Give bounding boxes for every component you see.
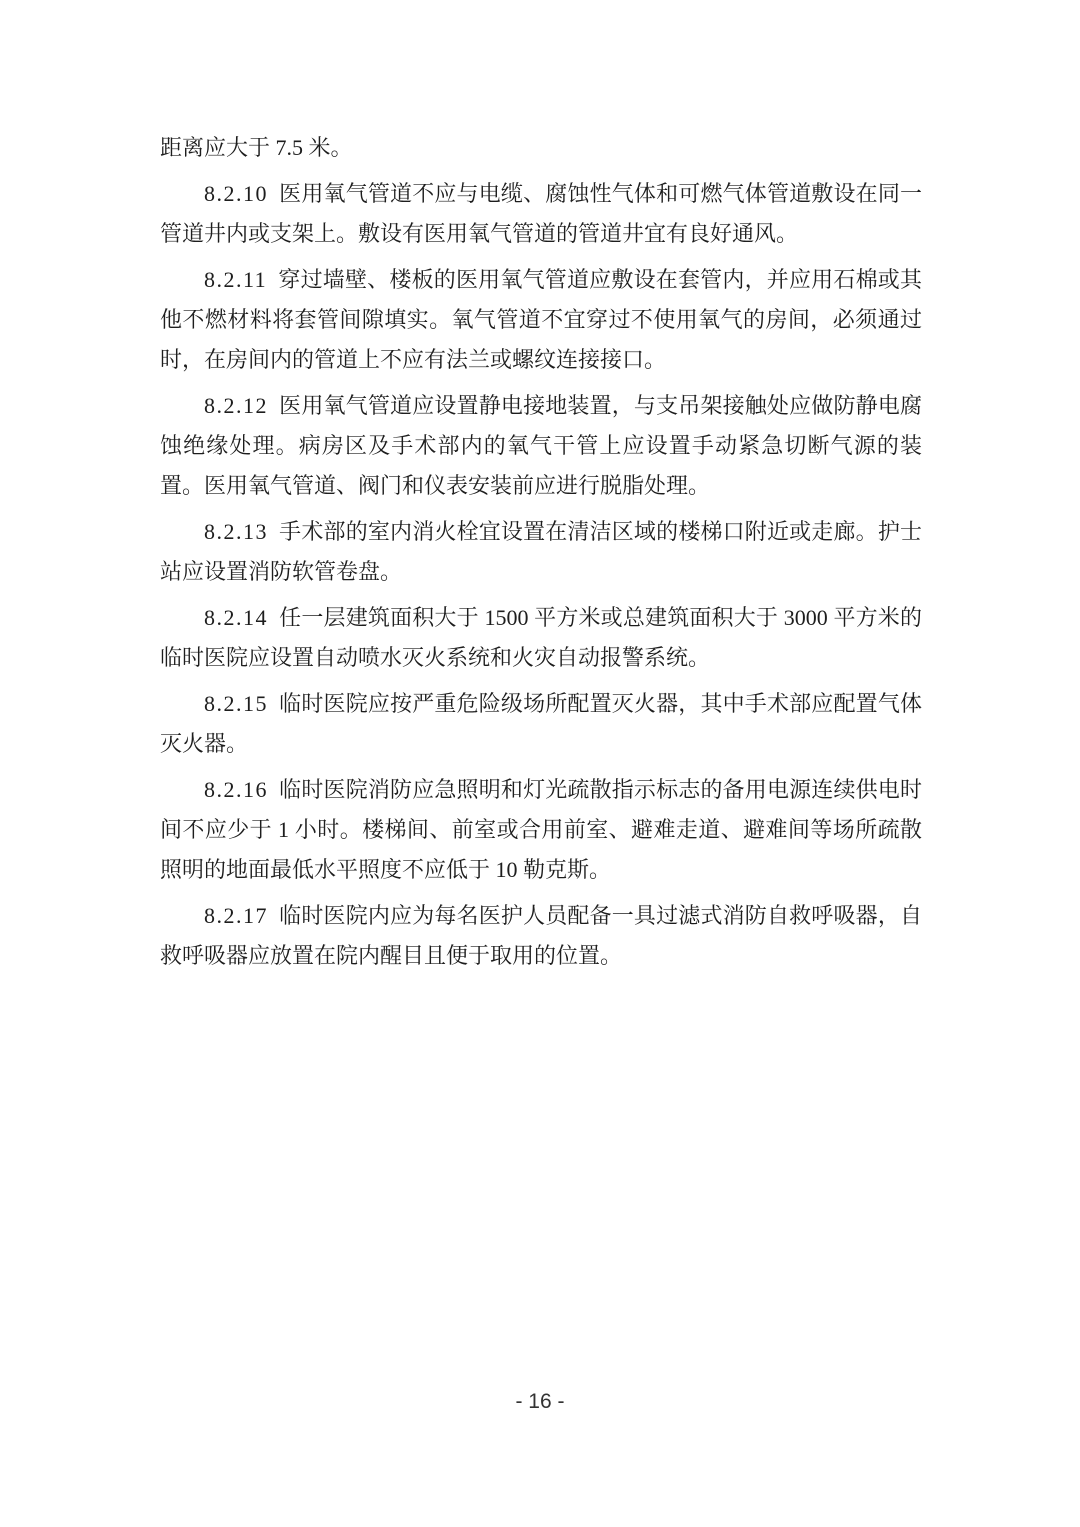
clause-number: 8.2.14 (204, 605, 268, 630)
clause-number: 8.2.17 (204, 903, 268, 928)
paragraph-text: 距离应大于 7.5 米。 (160, 135, 353, 160)
page-number: - 16 - (515, 1390, 564, 1413)
paragraph-text: 临时医院内应为每名医护人员配备一具过滤式消防自救呼吸器，自救呼吸器应放置在院内醒… (160, 903, 922, 968)
paragraph-text: 任一层建筑面积大于 1500 平方米或总建筑面积大于 3000 平方米的临时医院… (160, 605, 922, 670)
paragraph-8-2-11: 8.2.11穿过墙壁、楼板的医用氧气管道应敷设在套管内，并应用石棉或其他不燃材料… (160, 260, 922, 380)
clause-number: 8.2.12 (204, 393, 268, 418)
paragraph-continuation: 距离应大于 7.5 米。 (160, 128, 922, 168)
paragraph-8-2-15: 8.2.15临时医院应按严重危险级场所配置灭火器，其中手术部应配置气体灭火器。 (160, 684, 922, 764)
clause-number: 8.2.13 (204, 519, 268, 544)
paragraph-8-2-16: 8.2.16临时医院消防应急照明和灯光疏散指示标志的备用电源连续供电时间不应少于… (160, 770, 922, 890)
clause-number: 8.2.10 (204, 181, 268, 206)
paragraph-text: 医用氧气管道不应与电缆、腐蚀性气体和可燃气体管道敷设在同一管道井内或支架上。敷设… (160, 181, 922, 246)
document-body: 距离应大于 7.5 米。 8.2.10医用氧气管道不应与电缆、腐蚀性气体和可燃气… (160, 128, 922, 982)
clause-number: 8.2.16 (204, 777, 268, 802)
paragraph-text: 穿过墙壁、楼板的医用氧气管道应敷设在套管内，并应用石棉或其他不燃材料将套管间隙填… (160, 267, 922, 372)
paragraph-text: 手术部的室内消火栓宜设置在清洁区域的楼梯口附近或走廊。护士站应设置消防软管卷盘。 (160, 519, 922, 584)
clause-number: 8.2.15 (204, 691, 268, 716)
paragraph-text: 临时医院消防应急照明和灯光疏散指示标志的备用电源连续供电时间不应少于 1 小时。… (160, 777, 922, 882)
paragraph-text: 临时医院应按严重危险级场所配置灭火器，其中手术部应配置气体灭火器。 (160, 691, 922, 756)
paragraph-8-2-14: 8.2.14任一层建筑面积大于 1500 平方米或总建筑面积大于 3000 平方… (160, 598, 922, 678)
paragraph-8-2-13: 8.2.13手术部的室内消火栓宜设置在清洁区域的楼梯口附近或走廊。护士站应设置消… (160, 512, 922, 592)
paragraph-8-2-17: 8.2.17临时医院内应为每名医护人员配备一具过滤式消防自救呼吸器，自救呼吸器应… (160, 896, 922, 976)
document-page: 距离应大于 7.5 米。 8.2.10医用氧气管道不应与电缆、腐蚀性气体和可燃气… (0, 0, 1080, 1527)
clause-number: 8.2.11 (204, 267, 267, 292)
document-viewer: { "page": { "background": "#ffffff", "te… (0, 0, 1080, 1527)
paragraph-8-2-12: 8.2.12医用氧气管道应设置静电接地装置，与支吊架接触处应做防静电腐蚀绝缘处理… (160, 386, 922, 506)
paragraph-8-2-10: 8.2.10医用氧气管道不应与电缆、腐蚀性气体和可燃气体管道敷设在同一管道井内或… (160, 174, 922, 254)
page-footer: - 16 - (0, 1390, 1080, 1414)
paragraph-text: 医用氧气管道应设置静电接地装置，与支吊架接触处应做防静电腐蚀绝缘处理。病房区及手… (160, 393, 922, 498)
